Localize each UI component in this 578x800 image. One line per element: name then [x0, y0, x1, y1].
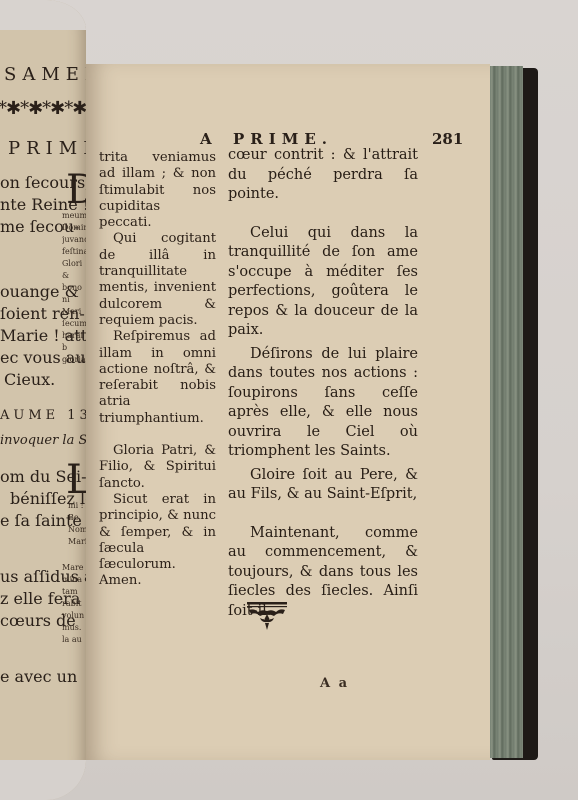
gutter-word: Maria	[68, 536, 86, 548]
star-ornament-row: *✱*✱*✱*✱*✱*	[0, 98, 86, 120]
gutter-word: Glori	[62, 258, 86, 270]
left-line: e avec un	[0, 666, 77, 688]
french-paragraph: cœur contrit : & l'attrait du péché perd…	[228, 146, 418, 205]
gutter-word: ni Mari	[62, 294, 86, 318]
gutter-word: harai b	[62, 330, 86, 354]
latin-paragraph: trita veniamus ad illam ; & non ſtimulab…	[99, 150, 216, 231]
gutter-word: volun	[62, 610, 86, 622]
gutter-latin-block: meum Domin juvand feſtina. Glori & bono …	[62, 210, 86, 366]
gutter-word: & bono	[62, 270, 86, 294]
header-prefix: A	[200, 130, 215, 148]
gutter-word: meum	[62, 210, 86, 222]
french-column: cœur contrit : & l'attrait du péché perd…	[228, 146, 418, 621]
gutter-word: Mare	[62, 562, 86, 574]
gutter-word: juvand	[62, 234, 86, 246]
gutter-word: mus.	[62, 622, 86, 634]
gutter-word: rabit	[62, 598, 86, 610]
psalm-subtitle: invoquer la Sainte Vi	[0, 430, 86, 452]
fleuron-ornament-icon	[246, 602, 288, 632]
latin-paragraph: Sicut erat in principio, & nunc & ſemper…	[99, 492, 216, 590]
left-running-head: SAMEDI	[4, 64, 86, 86]
signature-mark: A a	[320, 676, 349, 691]
gutter-word: Domin	[62, 222, 86, 234]
left-page: SAMEDI *✱*✱*✱*✱*✱* PRIME. on ſecours, nt…	[0, 0, 86, 800]
dropcap-d: D	[66, 170, 86, 210]
left-line: Cieux.	[4, 369, 55, 391]
french-paragraph: Déſirons de lui plaire dans toutes nos a…	[228, 345, 418, 462]
french-paragraph: Gloire ſoit au Pere, & au Fils, & au Sai…	[228, 466, 418, 505]
gutter-word: mina	[62, 574, 86, 586]
gutter-latin-block: mi : Be Nomen Maria	[68, 500, 86, 548]
gutter-word: la au	[62, 634, 86, 646]
psalm-heading: AUME 134	[0, 405, 86, 427]
dropcap-l: L	[66, 460, 86, 500]
latin-column: trita veniamus ad illam ; & non ſtimulab…	[99, 150, 216, 590]
latin-paragraph: Reſpiremus ad illam in omni actione noſt…	[99, 329, 216, 427]
gutter-latin-block: Mare mina tam rabit volun mus. la au	[62, 562, 86, 646]
gutter-word: ſecum	[62, 318, 86, 330]
latin-paragraph: Qui cogitant de illâ in tranquillitate m…	[99, 231, 216, 329]
gutter-word: tam	[62, 586, 86, 598]
gutter-word: Nomen	[68, 524, 86, 536]
french-paragraph: Celui qui dans la tranquillité de ſon am…	[228, 224, 418, 341]
latin-paragraph: Gloria Patri, & Filio, & Spiritui ſancto…	[99, 443, 216, 492]
left-section-title: PRIME.	[8, 138, 86, 160]
gutter-word: gloria.	[62, 354, 86, 366]
page-number: 281	[432, 130, 463, 148]
book-page-edges	[488, 66, 523, 758]
gutter-word: mi : Be	[68, 500, 86, 524]
gutter-word: feſtina.	[62, 246, 86, 258]
